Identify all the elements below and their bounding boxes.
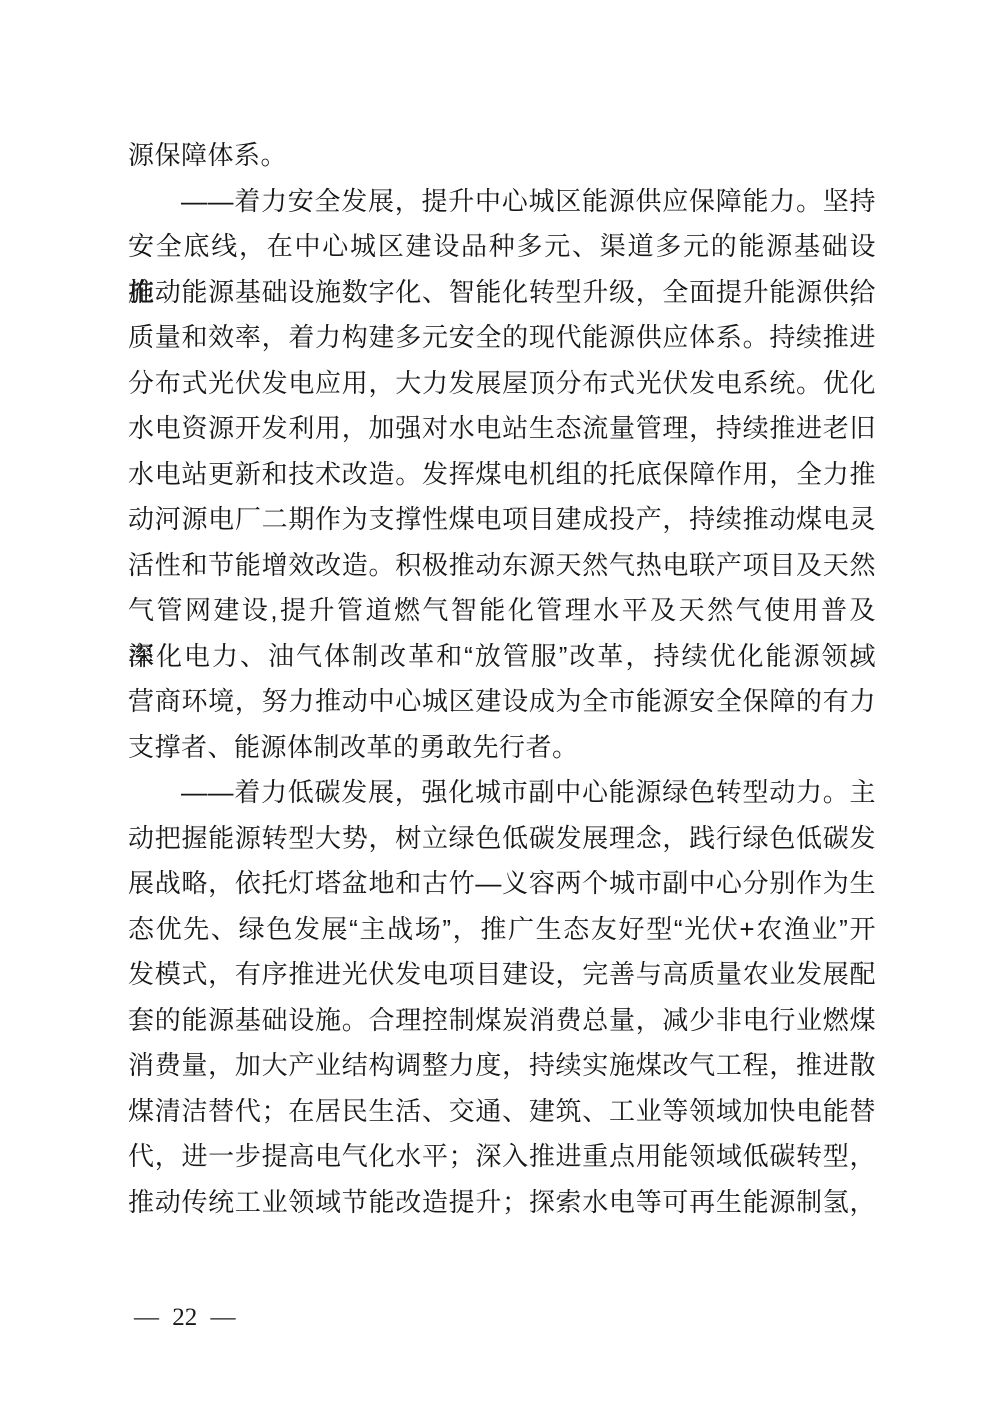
- body-text-line: 水电站更新和技术改造。发挥煤电机组的托底保障作用，全力推: [128, 452, 876, 498]
- body-text-line: ——着力低碳发展，强化城市副中心能源绿色转型动力。主: [128, 770, 876, 816]
- body-text-line: 展战略，依托灯塔盆地和古竹—义容两个城市副中心分别作为生: [128, 861, 876, 907]
- body-text-line: 消费量，加大产业结构调整力度，持续实施煤改气工程，推进散: [128, 1043, 876, 1089]
- body-text-line: 分布式光伏发电应用，大力发展屋顶分布式光伏发电系统。优化: [128, 361, 876, 407]
- body-text-line: 气管网建设,提升管道燃气智能化管理水平及天然气使用普及率。: [128, 588, 876, 634]
- document-page: 源保障体系。 ——着力安全发展，提升中心城区能源供应保障能力。坚持 安全底线，在…: [0, 0, 1000, 1414]
- body-text-line: 支撑者、能源体制改革的勇敢先行者。: [128, 725, 876, 771]
- body-text-line: 安全底线，在中心城区建设品种多元、渠道多元的能源基础设施，: [128, 224, 876, 270]
- body-text-line: 态优先、绿色发展“主战场”，推广生态友好型“光伏+农渔业”开: [128, 907, 876, 953]
- body-text-line: 动河源电厂二期作为支撑性煤电项目建成投产，持续推动煤电灵: [128, 497, 876, 543]
- body-text-line: 水电资源开发利用，加强对水电站生态流量管理，持续推进老旧: [128, 406, 876, 452]
- body-text-line: 深化电力、油气体制改革和“放管服”改革，持续优化能源领域: [128, 634, 876, 680]
- page-number: — 22 —: [134, 1303, 236, 1333]
- body-text-line: 套的能源基础设施。合理控制煤炭消费总量，减少非电行业燃煤: [128, 998, 876, 1044]
- body-text-line: 动把握能源转型大势，树立绿色低碳发展理念，践行绿色低碳发: [128, 816, 876, 862]
- body-text-line: 推动传统工业领域节能改造提升；探索水电等可再生能源制氢，: [128, 1180, 876, 1226]
- body-text-line: 质量和效率，着力构建多元安全的现代能源供应体系。持续推进: [128, 315, 876, 361]
- body-text-block: 源保障体系。 ——着力安全发展，提升中心城区能源供应保障能力。坚持 安全底线，在…: [128, 133, 876, 1225]
- body-text-line: 发模式，有序推进光伏发电项目建设，完善与高质量农业发展配: [128, 952, 876, 998]
- body-text-line: 源保障体系。: [128, 133, 876, 179]
- body-text-line: 煤清洁替代；在居民生活、交通、建筑、工业等领域加快电能替: [128, 1089, 876, 1135]
- body-text-line: 营商环境，努力推动中心城区建设成为全市能源安全保障的有力: [128, 679, 876, 725]
- body-text-line: 代，进一步提高电气化水平；深入推进重点用能领域低碳转型，: [128, 1134, 876, 1180]
- body-text-line: 活性和节能增效改造。积极推动东源天然气热电联产项目及天然: [128, 543, 876, 589]
- body-text-line: 推动能源基础设施数字化、智能化转型升级，全面提升能源供给: [128, 270, 876, 316]
- body-text-line: ——着力安全发展，提升中心城区能源供应保障能力。坚持: [128, 179, 876, 225]
